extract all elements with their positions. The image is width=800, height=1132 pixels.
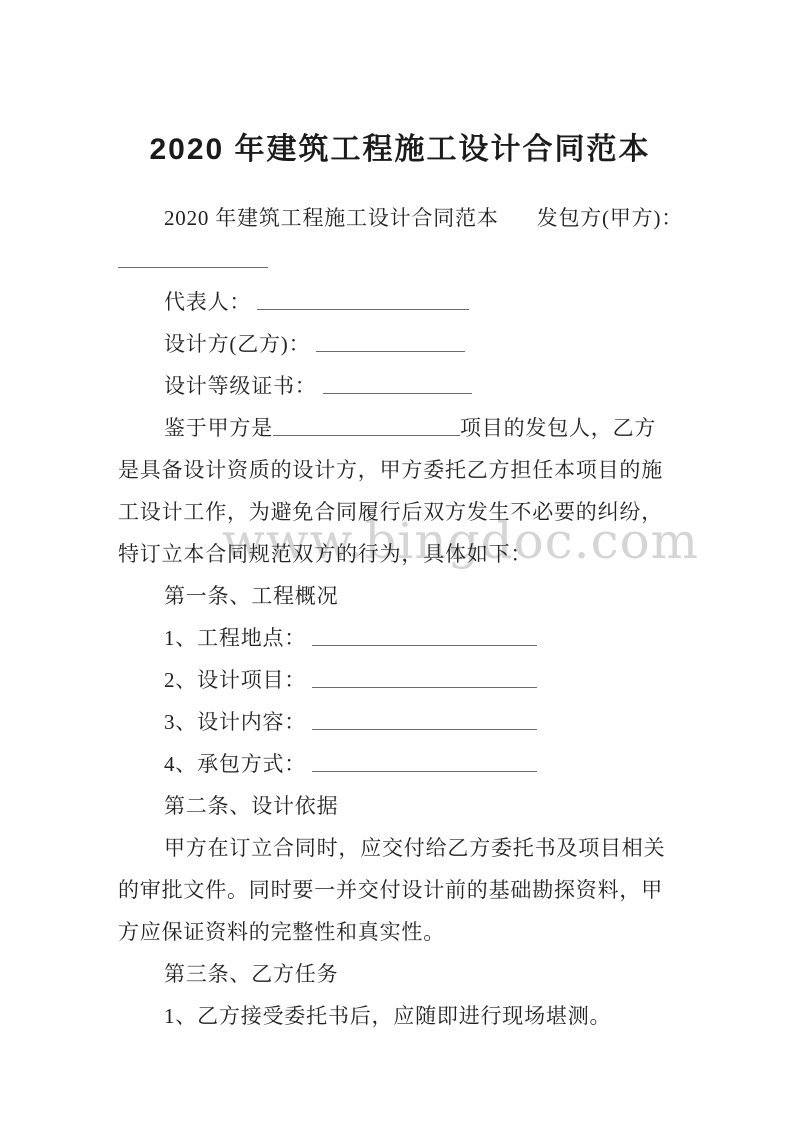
item-number: 2、 [164, 668, 197, 692]
certificate-label: 设计等级证书： [164, 374, 317, 398]
party-a-blank-line [118, 239, 700, 281]
intro-line: 2020 年建筑工程施工设计合同范本发包方(甲方)： [118, 197, 700, 239]
designer-label: 设计方(乙方)： [164, 332, 310, 356]
representative-label: 代表人： [164, 290, 251, 314]
section-2-heading: 第二条、设计依据 [118, 785, 700, 827]
item-number: 4、 [164, 752, 197, 776]
section-2-line-1: 甲方在订立合同时，应交付给乙方委托书及项目相关 [118, 827, 700, 869]
item-row-location: 1、工程地点： [118, 617, 700, 659]
party-a-label: 发包方(甲方)： [537, 206, 683, 230]
fill-in-blank-location [312, 617, 537, 646]
section-2-line-2: 的审批文件。同时要一并交付设计前的基础勘探资料，甲 [118, 869, 700, 911]
section-2-line-3: 方应保证资料的完整性和真实性。 [118, 911, 700, 953]
field-row-certificate: 设计等级证书： [118, 365, 700, 407]
section-3-item-1: 1、乙方接受委托书后，应随即进行现场堪测。 [118, 995, 700, 1037]
field-row-designer: 设计方(乙方)： [118, 323, 700, 365]
fill-in-blank-certificate [323, 365, 472, 394]
recital-line-3: 工设计工作，为避免合同履行后双方发生不必要的纠纷， [118, 491, 700, 533]
item-label: 工程地点： [197, 626, 306, 650]
fill-in-blank-representative [257, 281, 469, 310]
fill-in-blank-contract-mode [312, 743, 537, 772]
field-row-representative: 代表人： [118, 281, 700, 323]
fill-in-blank-project-name [312, 659, 537, 688]
item-row-content: 3、设计内容： [118, 701, 700, 743]
item-number: 1、 [164, 626, 197, 650]
item-row-project: 2、设计项目： [118, 659, 700, 701]
fill-in-blank-designer [316, 323, 465, 352]
document-page: www.bingdoc.com 2020 年建筑工程施工设计合同范本 2020 … [0, 0, 800, 1132]
item-row-contract-mode: 4、承包方式： [118, 743, 700, 785]
section-1-heading: 第一条、工程概况 [118, 575, 700, 617]
item-label: 承包方式： [197, 752, 306, 776]
recital-line-2: 是具备设计资质的设计方，甲方委托乙方担任本项目的施 [118, 449, 700, 491]
contract-name: 2020 年建筑工程施工设计合同范本 [164, 206, 499, 230]
section-3-heading: 第三条、乙方任务 [118, 953, 700, 995]
document-title: 2020 年建筑工程施工设计合同范本 [0, 124, 800, 168]
recital-prefix: 鉴于甲方是 [164, 416, 273, 440]
recital-line-1: 鉴于甲方是项目的发包人，乙方 [118, 407, 700, 449]
item-label: 设计内容： [197, 710, 306, 734]
fill-in-blank-party-a [118, 239, 268, 268]
recital-suffix: 项目的发包人，乙方 [460, 416, 656, 440]
document-body: 2020 年建筑工程施工设计合同范本发包方(甲方)： 代表人： 设计方(乙方)：… [118, 197, 700, 1037]
item-number: 3、 [164, 710, 197, 734]
recital-line-4: 特订立本合同规范双方的行为，具体如下： [118, 533, 700, 575]
item-label: 设计项目： [197, 668, 306, 692]
fill-in-blank-design-content [312, 701, 537, 730]
fill-in-blank-project [273, 407, 460, 436]
